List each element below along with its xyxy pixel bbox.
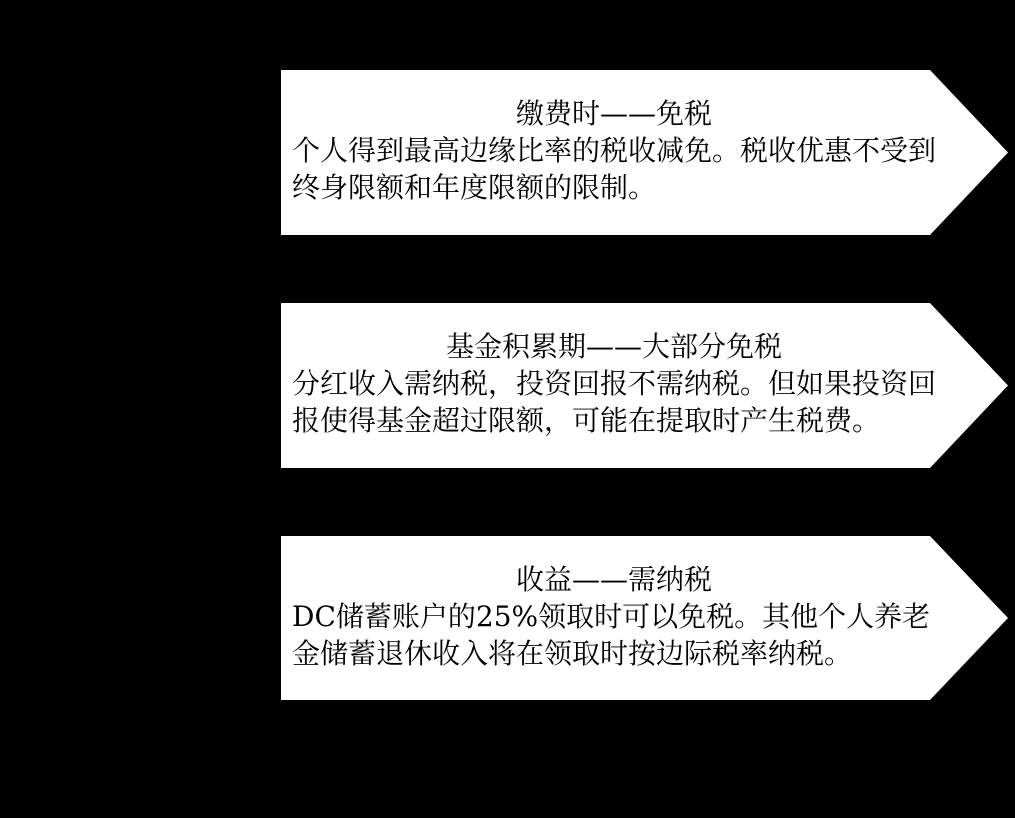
- arrow-box-title: 缴费时——免税: [292, 95, 936, 132]
- arrow-box-body: 分红收入需纳税，投资回报不需纳税。但如果投资回报使得基金超过限额，可能在提取时产…: [292, 365, 936, 439]
- arrow-box-content: 缴费时——免税 个人得到最高边缘比率的税收减免。税收优惠不受到终身限额和年度限额…: [281, 70, 941, 206]
- arrow-box-title: 收益——需纳税: [292, 561, 936, 598]
- arrow-box-content: 基金积累期——大部分免税 分红收入需纳税，投资回报不需纳税。但如果投资回报使得基…: [281, 303, 941, 439]
- arrow-box-contribution-stage: 缴费时——免税 个人得到最高边缘比率的税收减免。税收优惠不受到终身限额和年度限额…: [281, 70, 1008, 235]
- arrow-box-title: 基金积累期——大部分免税: [292, 328, 936, 365]
- arrow-box-income-stage: 收益——需纳税 DC储蓄账户的25%领取时可以免税。其他个人养老金储蓄退休收入将…: [281, 536, 1008, 700]
- arrow-box-body: 个人得到最高边缘比率的税收减免。税收优惠不受到终身限额和年度限额的限制。: [292, 132, 936, 206]
- arrow-box-accumulation-stage: 基金积累期——大部分免税 分红收入需纳税，投资回报不需纳税。但如果投资回报使得基…: [281, 303, 1008, 468]
- arrow-box-body: DC储蓄账户的25%领取时可以免税。其他个人养老金储蓄退休收入将在领取时按边际税…: [292, 598, 936, 672]
- arrow-box-content: 收益——需纳税 DC储蓄账户的25%领取时可以免税。其他个人养老金储蓄退休收入将…: [281, 536, 941, 672]
- diagram-canvas: 缴费时——免税 个人得到最高边缘比率的税收减免。税收优惠不受到终身限额和年度限额…: [0, 0, 1015, 818]
